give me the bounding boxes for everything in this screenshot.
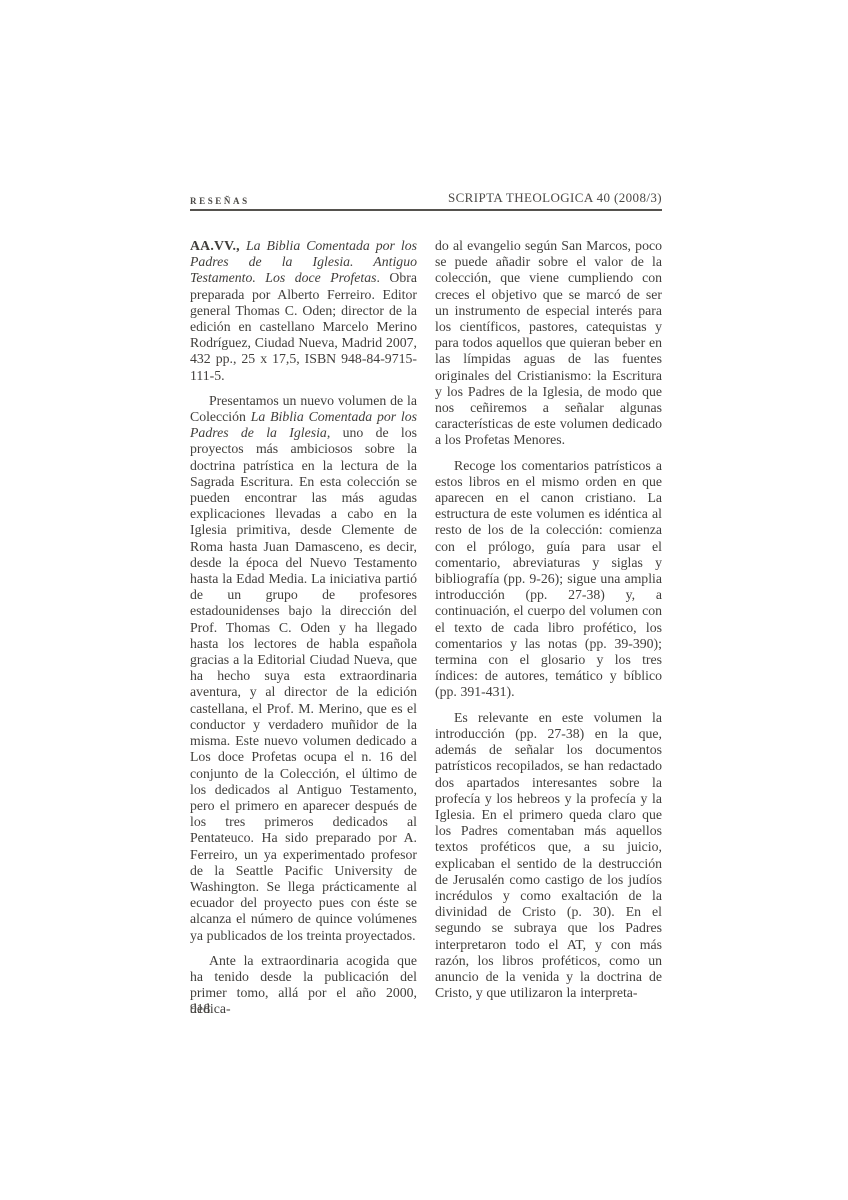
left-column: AA.VV., La Biblia Comentada por los Padr… [190,238,417,1018]
paragraph-presentamos: Presentamos un nuevo volumen de la Colec… [190,393,417,944]
citation-details: . Obra preparada por Alberto Ferreiro. E… [190,270,417,382]
page-content: RESEÑAS SCRIPTA THEOLOGICA 40 (2008/3) A… [190,190,662,1018]
paragraph-continuation: do al evangelio según San Marcos, poco s… [435,238,662,449]
paragraph-ante: Ante la extraordinaria acogida que ha te… [190,953,417,1018]
section-label: RESEÑAS [190,196,250,206]
right-column: do al evangelio según San Marcos, poco s… [435,238,662,1018]
two-column-text: AA.VV., La Biblia Comentada por los Padr… [190,238,662,1018]
citation-authors: AA.VV., [190,238,246,253]
paragraph-text: , uno de los proyectos más ambiciosos so… [190,425,417,942]
book-citation: AA.VV., La Biblia Comentada por los Padr… [190,238,417,384]
journal-title: SCRIPTA THEOLOGICA 40 (2008/3) [448,190,662,206]
running-header: RESEÑAS SCRIPTA THEOLOGICA 40 (2008/3) [190,190,662,211]
page-number: 918 [190,1001,210,1017]
paragraph-relevante: Es relevante en este volumen la introduc… [435,710,662,1002]
paragraph-recoge: Recoge los comentarios patrísticos a est… [435,458,662,701]
scanned-journal-page: RESEÑAS SCRIPTA THEOLOGICA 40 (2008/3) A… [0,0,848,1200]
